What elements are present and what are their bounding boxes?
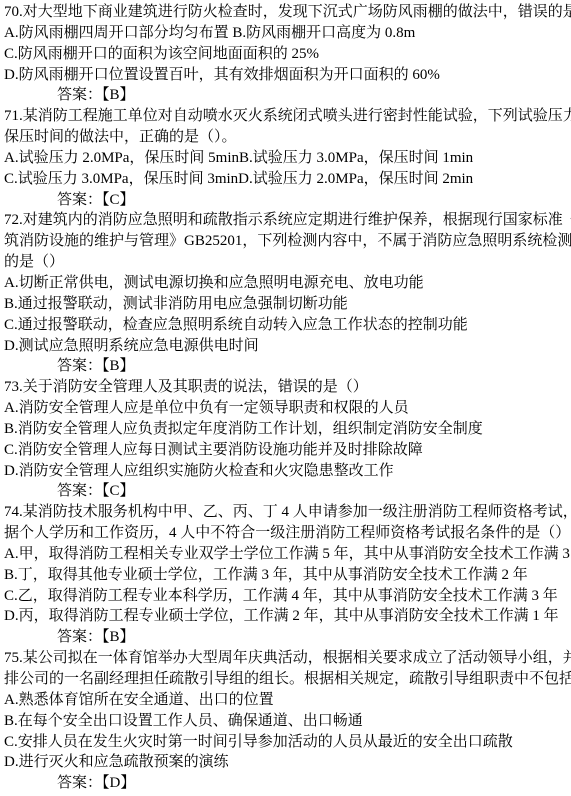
answer-value: 【C】 — [102, 192, 135, 208]
option-line: C.消防安全管理人应每日测试主要消防设施功能并及时排除故障 — [4, 440, 571, 461]
option-line: A.消防安全管理人应是单位中负有一定领导职责和权限的人员 — [4, 398, 571, 419]
answer-line: 答案：【D】 — [4, 773, 571, 794]
question-stem-line: 70.对大型地下商业建筑进行防火检查时，发现下沉式广场防风雨棚的做法中，错误的是… — [4, 2, 571, 23]
question-stem-line: 据个人学历和工作资历，4 人中不符合一级注册消防工程师资格考试报名条件的是（） — [4, 523, 571, 544]
option-line: D.防风雨棚开口位置设置百叶，其有效排烟面积为开口面积的 60% — [4, 65, 571, 86]
option-line: D.测试应急照明系统应急电源供电时间 — [4, 336, 571, 357]
option-line: A.熟悉体育馆所在安全通道、出口的位置 — [4, 690, 571, 711]
option-line: A.防风雨棚四周开口部分均匀布置 B.防风雨棚开口高度为 0.8m — [4, 23, 571, 44]
option-line: A.试验压力 2.0MPa，保压时间 5minB.试验压力 3.0MPa，保压时… — [4, 148, 571, 169]
option-line: C.安排人员在发生火灾时第一时间引导参加活动的人员从最近的安全出口疏散 — [4, 732, 571, 753]
answer-label: 答案： — [57, 358, 102, 374]
option-line: B.消防安全管理人应负责拟定年度消防工作计划，组织制定消防安全制度 — [4, 419, 571, 440]
question-stem-line: 74.某消防技术服务机构中甲、乙、丙、丁 4 人申请参加一级注册消防工程师资格考… — [4, 502, 571, 523]
question-stem-line: 75.某公司拟在一体育馆举办大型周年庆典活动，根据相关要求成立了活动领导小组，并… — [4, 648, 571, 669]
question-stem-line: 73.关于消防安全管理人及其职责的说法，错误的是（） — [4, 377, 571, 398]
option-line: D.进行灭火和应急疏散预案的演练 — [4, 752, 571, 773]
question-stem-line: 71.某消防工程施工单位对自动喷水灭火系统闭式喷头进行密封性能试验，下列试验压力… — [4, 106, 571, 127]
question-74: 74.某消防技术服务机构中甲、乙、丙、丁 4 人申请参加一级注册消防工程师资格考… — [4, 502, 571, 648]
exam-document: 70.对大型地下商业建筑进行防火检查时，发现下沉式广场防风雨棚的做法中，错误的是… — [0, 0, 571, 794]
answer-value: 【C】 — [102, 483, 135, 499]
option-line: C.试验压力 3.0MPa，保压时间 3minD.试验压力 2.0MPa，保压时… — [4, 169, 571, 190]
answer-label: 答案： — [57, 192, 102, 208]
option-line: D.丙，取得消防工程专业硕士学位，工作满 2 年，其中从事消防安全技术工作满 1… — [4, 606, 571, 627]
question-71: 71.某消防工程施工单位对自动喷水灭火系统闭式喷头进行密封性能试验，下列试验压力… — [4, 106, 571, 210]
answer-line: 答案：【C】 — [4, 481, 571, 502]
question-stem-line: 的是（） — [4, 252, 571, 273]
answer-line: 答案：【B】 — [4, 85, 571, 106]
answer-label: 答案： — [57, 87, 102, 103]
answer-line: 答案：【C】 — [4, 190, 571, 211]
answer-label: 答案： — [57, 775, 102, 791]
answer-value: 【B】 — [102, 629, 135, 645]
option-line: B.丁，取得其他专业硕士学位，工作满 3 年，其中从事消防安全技术工作满 2 年 — [4, 565, 571, 586]
option-line: D.消防安全管理人应组织实施防火检查和火灾隐患整改工作 — [4, 461, 571, 482]
option-line: B.通过报警联动，测试非消防用电应急强制切断功能 — [4, 294, 571, 315]
option-line: C.乙，取得消防工程专业本科学历，工作满 4 年，其中从事消防安全技术工作满 3… — [4, 586, 571, 607]
option-line: C.通过报警联动，检查应急照明系统自动转入应急工作状态的控制功能 — [4, 315, 571, 336]
question-stem-line: 筑消防设施的维护与管理》GB25201，下列检测内容中，不属于消防应急照明系统检… — [4, 231, 571, 252]
option-line: C.防风雨棚开口的面积为该空间地面面积的 25% — [4, 44, 571, 65]
question-72: 72.对建筑内的消防应急照明和疏散指示系统应定期进行维护保养，根据现行国家标准《… — [4, 210, 571, 377]
answer-line: 答案：【B】 — [4, 627, 571, 648]
option-line: A.甲，取得消防工程相关专业双学士学位工作满 5 年，其中从事消防安全技术工作满… — [4, 544, 571, 565]
answer-label: 答案： — [57, 483, 102, 499]
answer-label: 答案： — [57, 629, 102, 645]
question-73: 73.关于消防安全管理人及其职责的说法，错误的是（） A.消防安全管理人应是单位… — [4, 377, 571, 502]
answer-value: 【B】 — [102, 358, 135, 374]
question-70: 70.对大型地下商业建筑进行防火检查时，发现下沉式广场防风雨棚的做法中，错误的是… — [4, 2, 571, 106]
option-line: B.在每个安全出口设置工作人员、确保通道、出口畅通 — [4, 711, 571, 732]
answer-value: 【D】 — [102, 775, 135, 791]
question-75: 75.某公司拟在一体育馆举办大型周年庆典活动，根据相关要求成立了活动领导小组，并… — [4, 648, 571, 794]
answer-line: 答案：【B】 — [4, 356, 571, 377]
option-line: A.切断正常供电，测试电源切换和应急照明电源充电、放电功能 — [4, 273, 571, 294]
question-stem-line: 排公司的一名副经理担任疏散引导组的组长。根据相关规定，疏散引导组职责中不包括（）… — [4, 669, 571, 690]
question-stem-line: 72.对建筑内的消防应急照明和疏散指示系统应定期进行维护保养，根据现行国家标准《… — [4, 210, 571, 231]
question-stem-line: 保压时间的做法中，正确的是（）。 — [4, 127, 571, 148]
answer-value: 【B】 — [102, 87, 135, 103]
